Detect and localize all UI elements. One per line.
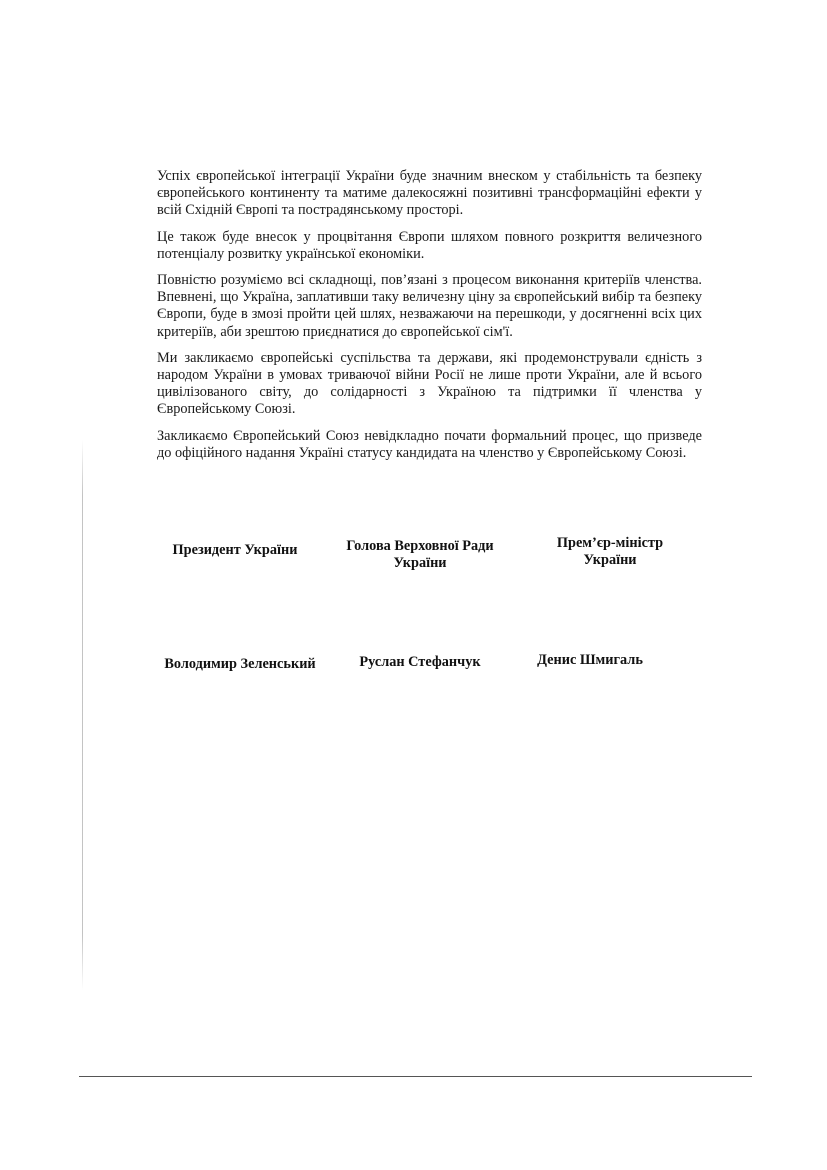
signatory-title-speaker: Голова Верховної Ради України <box>330 538 510 572</box>
document-body: Успіх європейської інтеграції України бу… <box>157 168 702 471</box>
signatory-name-president: Володимир Зеленський <box>150 656 330 673</box>
scan-artifact-line <box>82 440 83 990</box>
document-page: Успіх європейської інтеграції України бу… <box>0 0 827 1170</box>
paragraph: Повністю розуміємо всі складнощі, пов’яз… <box>157 272 702 341</box>
footer-divider <box>79 1076 752 1077</box>
paragraph: Ми закликаємо європейські суспільства та… <box>157 350 702 419</box>
paragraph: Це також буде внесок у процвітання Європ… <box>157 229 702 263</box>
paragraph: Успіх європейської інтеграції України бу… <box>157 168 702 220</box>
paragraph: Закликаємо Європейський Союз невідкладно… <box>157 428 702 462</box>
signatory-name-prime-minister: Денис Шмигаль <box>510 652 670 669</box>
signatory-title-president: Президент України <box>160 542 310 559</box>
signatory-name-speaker: Руслан Стефанчук <box>340 654 500 671</box>
signatory-title-prime-minister: Прем’єр-міністр України <box>530 535 690 569</box>
